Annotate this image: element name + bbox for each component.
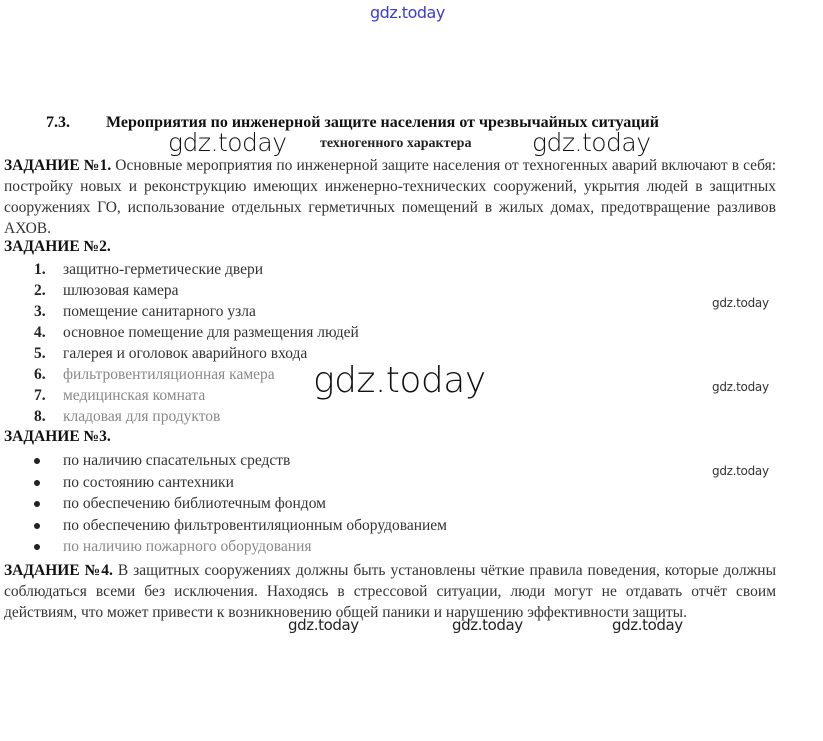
list-item: 6.фильтровентиляционная камера bbox=[0, 364, 359, 385]
item-text: по обеспечению библиотечным фондом bbox=[63, 495, 326, 512]
list-item: 2.шлюзовая камера bbox=[0, 280, 359, 301]
list-item: 4.основное помещение для размещения люде… bbox=[0, 322, 359, 343]
item-number: 4. bbox=[34, 322, 46, 343]
item-text: кладовая для продуктов bbox=[63, 408, 220, 425]
item-text: по обеспечению фильтровентиляционным обо… bbox=[63, 517, 447, 534]
item-text: по наличию пожарного оборудования bbox=[63, 538, 312, 555]
item-text: по наличию спасательных средств bbox=[63, 452, 290, 469]
list-item: по состоянию сантехники bbox=[0, 472, 447, 494]
task2-label: ЗАДАНИЕ №2. bbox=[4, 238, 111, 256]
task3-label: ЗАДАНИЕ №3. bbox=[4, 428, 111, 446]
item-text: по состоянию сантехники bbox=[63, 474, 234, 491]
item-number: 3. bbox=[34, 301, 46, 322]
list-item: по обеспечению фильтровентиляционным обо… bbox=[0, 515, 447, 537]
item-number: 7. bbox=[34, 385, 46, 406]
item-text: галерея и оголовок аварийного входа bbox=[63, 345, 307, 362]
list-item: 1.защитно-герметические двери bbox=[0, 259, 359, 280]
item-number: 5. bbox=[34, 343, 46, 364]
task1-paragraph: ЗАДАНИЕ №1. Основные мероприятия по инже… bbox=[4, 155, 776, 239]
watermark-side-3: gdz.today bbox=[712, 464, 769, 478]
section-title-text: Мероприятия по инженерной защите населен… bbox=[106, 114, 659, 131]
watermark-side-1: gdz.today bbox=[712, 296, 769, 310]
list-item: по наличию пожарного оборудования bbox=[0, 536, 447, 558]
item-text: основное помещение для размещения людей bbox=[63, 324, 359, 341]
list-item: по наличию спасательных средств bbox=[0, 450, 447, 472]
item-text: помещение санитарного узла bbox=[63, 303, 256, 320]
list-item: 3.помещение санитарного узла bbox=[0, 301, 359, 322]
item-number: 6. bbox=[34, 364, 46, 385]
section-number: 7.3. bbox=[46, 114, 106, 132]
task1-text: Основные мероприятия по инженерной защит… bbox=[4, 157, 776, 237]
list-item: по обеспечению библиотечным фондом bbox=[0, 493, 447, 515]
list-item: 8.кладовая для продуктов bbox=[0, 406, 359, 427]
task4-label: ЗАДАНИЕ №4. bbox=[4, 562, 113, 579]
item-text: медицинская комната bbox=[63, 387, 205, 404]
bullet-icon bbox=[34, 501, 40, 507]
watermark-title-left: gdz.today bbox=[168, 128, 287, 157]
watermark-side-2: gdz.today bbox=[712, 380, 769, 394]
item-number: 1. bbox=[34, 259, 46, 280]
bullet-icon bbox=[34, 480, 40, 486]
item-number: 2. bbox=[34, 280, 46, 301]
task4-paragraph: ЗАДАНИЕ №4. В защитных сооружениях должн… bbox=[4, 560, 776, 623]
item-text: фильтровентиляционная камера bbox=[63, 366, 275, 383]
bullet-icon bbox=[34, 458, 40, 464]
item-text: защитно-герметические двери bbox=[63, 261, 263, 278]
task3-list: по наличию спасательных средств по состо… bbox=[0, 450, 447, 558]
watermark-top: gdz.today bbox=[370, 3, 445, 22]
list-item: 5.галерея и оголовок аварийного входа bbox=[0, 343, 359, 364]
task4-text: В защитных сооружениях должны быть устан… bbox=[4, 562, 776, 621]
section-title: 7.3.Мероприятия по инженерной защите нас… bbox=[46, 114, 659, 132]
bullet-icon bbox=[34, 544, 40, 550]
watermark-title-right: gdz.today bbox=[532, 128, 651, 157]
bullet-icon bbox=[34, 523, 40, 529]
section-subtitle: техногенного характера bbox=[320, 136, 471, 152]
task1-label: ЗАДАНИЕ №1. bbox=[4, 157, 111, 174]
item-text: шлюзовая камера bbox=[63, 282, 179, 299]
list-item: 7.медицинская комната bbox=[0, 385, 359, 406]
item-number: 8. bbox=[34, 406, 46, 427]
task2-list: 1.защитно-герметические двери 2.шлюзовая… bbox=[0, 259, 359, 427]
